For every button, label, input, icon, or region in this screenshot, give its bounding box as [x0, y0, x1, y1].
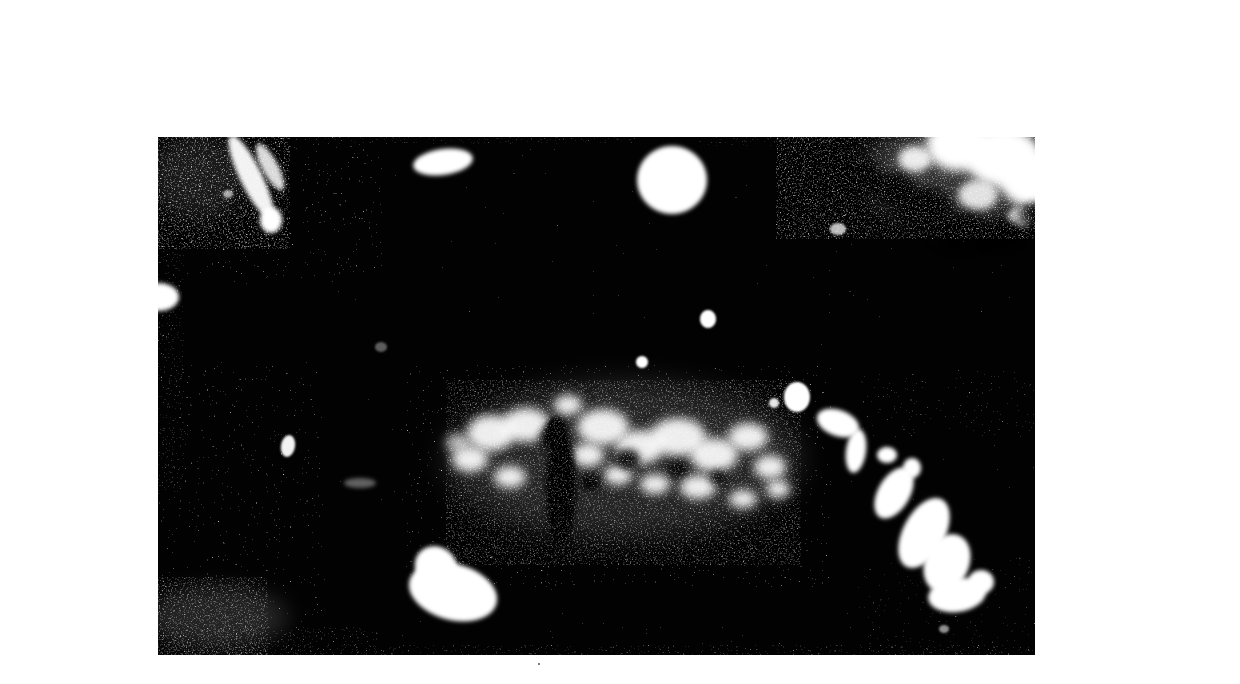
photograph-canvas	[158, 137, 1035, 655]
page-background	[0, 0, 1240, 684]
page-speck	[538, 663, 540, 665]
halftone-photograph	[158, 137, 1035, 655]
